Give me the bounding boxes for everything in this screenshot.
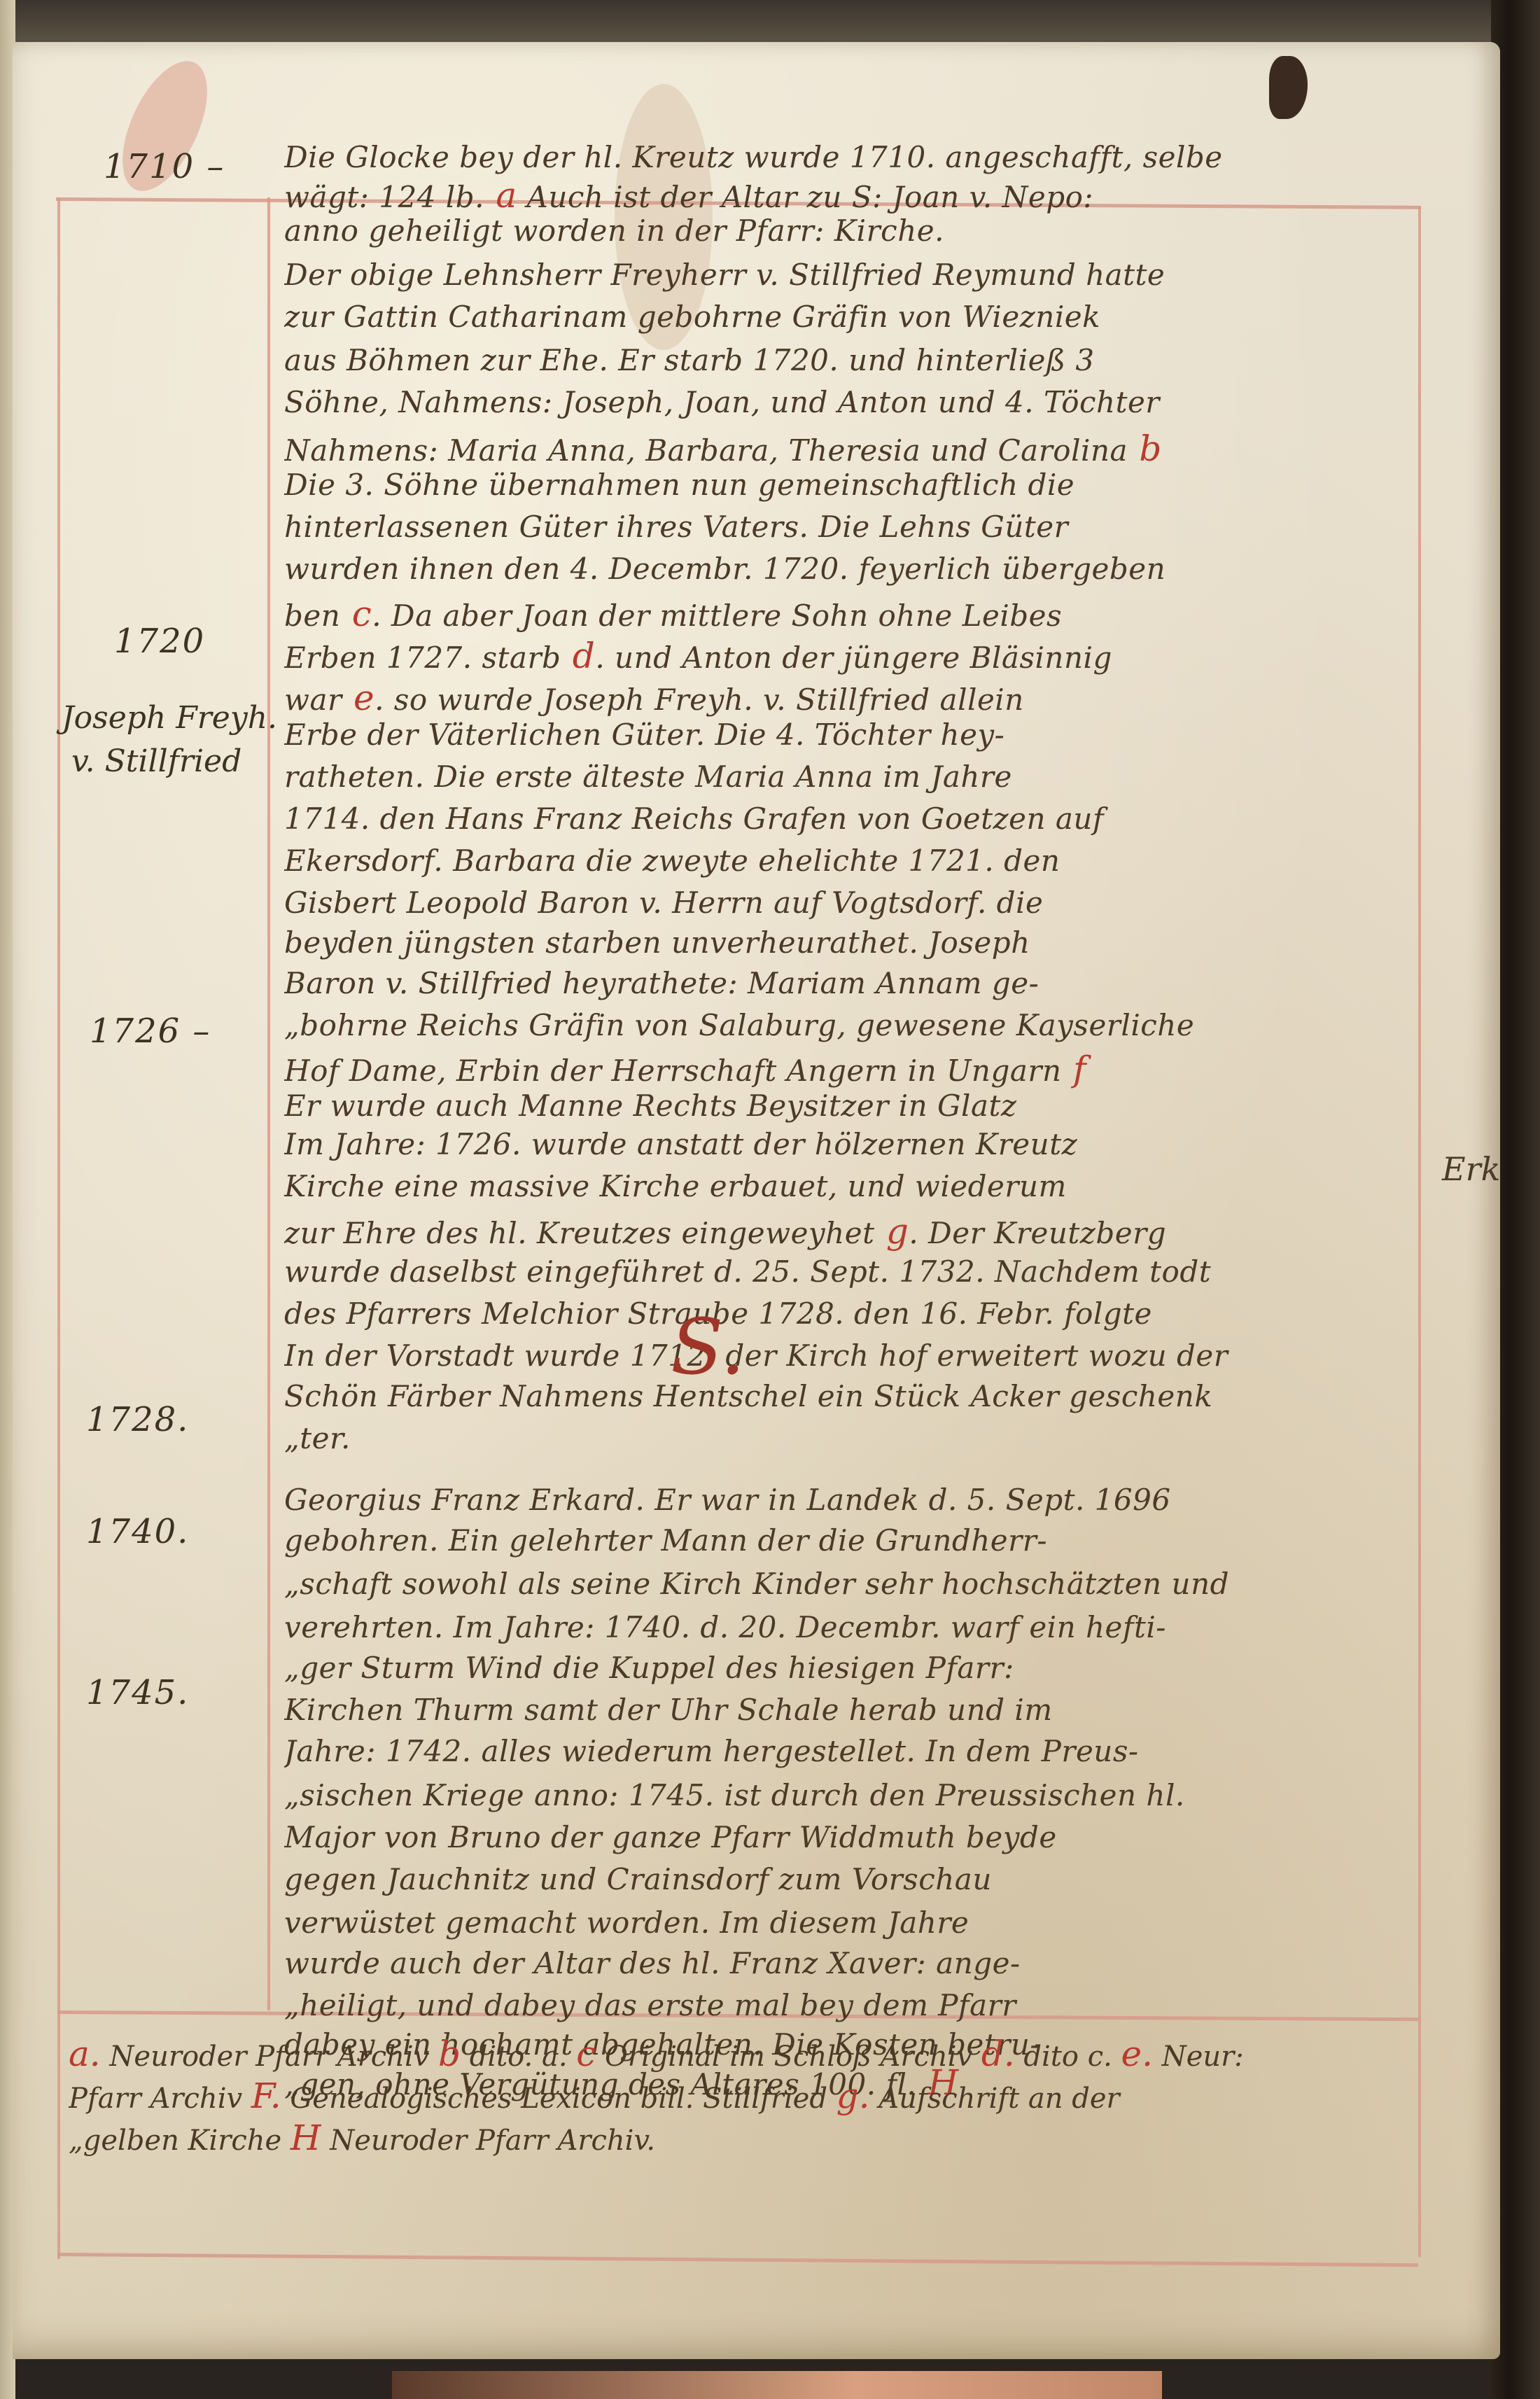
line-text: „schaft sowohl als seine Kirch Kinder se… <box>284 1567 1229 1601</box>
line-text: Schön Färber Nahmens Hentschel ein Stück… <box>284 1379 1212 1413</box>
footnote-text: Neur: <box>1153 2041 1244 2073</box>
text-line: Schön Färber Nahmens Hentschel ein Stück… <box>284 1379 1432 1413</box>
outside-margin-note: Erk <box>1442 1150 1500 1188</box>
text-line: Jahre: 1742. alles wiederum hergestellet… <box>284 1734 1432 1768</box>
footnote-line: „gelben Kirche H Neuroder Pfarr Archiv. <box>69 2118 1434 2158</box>
line-text: Major von Bruno der ganze Pfarr Widdmuth… <box>284 1820 1057 1854</box>
footnote-marker: F. <box>251 2076 281 2116</box>
footnote-text: dito c. <box>1015 2041 1121 2073</box>
line-text: Der obige Lehnsherr Freyherr v. Stillfri… <box>284 258 1165 292</box>
margin-date: 1740. <box>86 1512 189 1551</box>
text-line: wägt: 124 lb. a Auch ist der Altar zu S:… <box>284 175 1432 216</box>
text-line: Erben 1727. starb d. und Anton der jünge… <box>284 636 1432 676</box>
text-line: verwüstet gemacht worden. Im diesem Jahr… <box>284 1905 1432 1940</box>
text-line: Hof Dame, Erbin der Herrschaft Angern in… <box>284 1049 1432 1089</box>
text-line: Die Glocke bey der hl. Kreutz wurde 1710… <box>284 140 1432 174</box>
line-text: Im Jahre: 1726. wurde anstatt der hölzer… <box>284 1127 1077 1161</box>
text-line: 1714. den Hans Franz Reichs Grafen von G… <box>284 802 1432 836</box>
text-line: gebohren. Ein gelehrter Mann der die Gru… <box>284 1523 1432 1558</box>
text-line: ben c. Da aber Joan der mittlere Sohn oh… <box>284 594 1432 634</box>
footnote-text: Genealogisches Lexicon bill. Stillfried <box>281 2083 836 2115</box>
line-text: zur Gattin Catharinam gebohrne Gräfin vo… <box>284 300 1100 334</box>
text-line: Major von Bruno der ganze Pfarr Widdmuth… <box>284 1820 1432 1854</box>
text-line: Ekersdorf. Barbara die zweyte ehelichte … <box>284 844 1432 878</box>
text-line: gegen Jauchnitz und Crainsdorf zum Vorsc… <box>284 1862 1432 1896</box>
footnote-text: Neuroder Pfarr Archiv <box>101 2041 438 2073</box>
line-text: ratheten. Die erste älteste Maria Anna i… <box>284 760 1012 794</box>
text-line: verehrten. Im Jahre: 1740. d. 20. Decemb… <box>284 1610 1432 1644</box>
footnote-marker: f <box>1062 1049 1086 1089</box>
text-line: Kirche eine massive Kirche erbauet, und … <box>284 1169 1432 1203</box>
text-line: war e. so wurde Joseph Freyh. v. Stillfr… <box>284 678 1432 718</box>
margin-date: 1720 <box>114 622 205 661</box>
footnote-text: Aufschrift an der <box>870 2083 1120 2115</box>
text-line: Die 3. Söhne übernahmen nun gemeinschaft… <box>284 468 1432 502</box>
text-line: „ger Sturm Wind die Kuppel des hiesigen … <box>284 1651 1432 1685</box>
footnote-text: dito. a. <box>461 2041 576 2073</box>
text-line: „heiligt, und dabey das erste mal bey de… <box>284 1988 1432 2022</box>
text-line: wurde auch der Altar des hl. Franz Xaver… <box>284 1946 1432 1980</box>
line-text: Er wurde auch Manne Rechts Beysitzer in … <box>284 1089 1017 1123</box>
line-text: wurde daselbst eingeführet d. 25. Sept. … <box>284 1254 1211 1289</box>
line-text: . und Anton der jüngere Bläsinnig <box>595 641 1112 675</box>
footnote-marker: c <box>576 2034 596 2074</box>
text-line: Im Jahre: 1726. wurde anstatt der hölzer… <box>284 1127 1432 1161</box>
footnote-marker: b <box>438 2034 461 2074</box>
line-text: Baron v. Stillfried heyrathete: Mariam A… <box>284 966 1039 1000</box>
line-text: Erbe der Väterlichen Güter. Die 4. Töcht… <box>284 718 1004 752</box>
footnote-text: „gelben Kirche <box>69 2125 290 2157</box>
line-text: Auch ist der Altar zu S: Joan v. Nepo: <box>517 180 1093 214</box>
footnote-marker: d <box>561 636 595 676</box>
margin-date: 1710 – <box>104 147 225 186</box>
line-text: „sischen Kriege anno: 1745. ist durch de… <box>284 1778 1185 1812</box>
margin-date: 1728. <box>86 1400 189 1439</box>
line-text: gegen Jauchnitz und Crainsdorf zum Vorsc… <box>284 1862 992 1896</box>
footnote-text: Pfarr Archiv <box>69 2083 251 2115</box>
text-line: Er wurde auch Manne Rechts Beysitzer in … <box>284 1089 1432 1123</box>
text-line: hinterlassenen Güter ihres Vaters. Die L… <box>284 510 1432 544</box>
line-text: Jahre: 1742. alles wiederum hergestellet… <box>284 1734 1139 1768</box>
text-line: Der obige Lehnsherr Freyherr v. Stillfri… <box>284 258 1432 292</box>
line-text: wurden ihnen den 4. Decembr. 1720. feyer… <box>284 552 1165 586</box>
text-line: zur Ehre des hl. Kreutzes eingeweyhet g.… <box>284 1211 1432 1252</box>
footnote-marker: g. <box>836 2076 870 2116</box>
footnote-marker: b <box>1128 428 1162 469</box>
line-text: gebohren. Ein gelehrter Mann der die Gru… <box>284 1523 1047 1558</box>
text-line: ratheten. Die erste älteste Maria Anna i… <box>284 760 1432 794</box>
line-text: . Der Kreutzberg <box>909 1216 1166 1250</box>
line-text: Kirche eine massive Kirche erbauet, und … <box>284 1169 1067 1203</box>
footnote-text: Neuroder Pfarr Archiv. <box>321 2125 656 2157</box>
text-line: Gisbert Leopold Baron v. Herrn auf Vogts… <box>284 886 1432 920</box>
text-line: beyden jüngsten starben unverheurathet. … <box>284 925 1432 960</box>
footnote-marker: c <box>340 594 372 634</box>
text-line: des Pfarrers Melchior Straube 1728. den … <box>284 1296 1432 1331</box>
manuscript-page: 1710 – 1720 1726 – 1728. 1740. 1745. Jos… <box>13 42 1500 2359</box>
line-text: Gisbert Leopold Baron v. Herrn auf Vogts… <box>284 886 1043 920</box>
line-text: „bohrne Reichs Gräfin von Salaburg, gewe… <box>284 1008 1194 1042</box>
text-line: In der Vorstadt wurde 1712. der Kirch ho… <box>284 1338 1432 1373</box>
line-text: Hof Dame, Erbin der Herrschaft Angern in… <box>284 1054 1062 1088</box>
text-line: Erbe der Väterlichen Güter. Die 4. Töcht… <box>284 718 1432 752</box>
line-text: Nahmens: Maria Anna, Barbara, Theresia u… <box>284 433 1128 468</box>
text-line: Söhne, Nahmens: Joseph, Joan, und Anton … <box>284 385 1432 419</box>
line-text: „heiligt, und dabey das erste mal bey de… <box>284 1988 1016 2022</box>
footnote-marker: d. <box>981 2034 1015 2074</box>
text-line: anno geheiligt worden in der Pfarr: Kirc… <box>284 214 1432 248</box>
footnote-marker: a. <box>69 2034 101 2074</box>
line-text: anno geheiligt worden in der Pfarr: Kirc… <box>284 214 944 248</box>
margin-name-line2: v. Stillfried <box>62 740 277 783</box>
line-text: 1714. den Hans Franz Reichs Grafen von G… <box>284 802 1104 836</box>
rule-bottom <box>57 2253 1418 2267</box>
line-text: aus Böhmen zur Ehe. Er starb 1720. und h… <box>284 343 1095 377</box>
line-text: hinterlassenen Güter ihres Vaters. Die L… <box>284 510 1068 544</box>
line-text: beyden jüngsten starben unverheurathet. … <box>284 925 1030 960</box>
text-line: Nahmens: Maria Anna, Barbara, Theresia u… <box>284 428 1432 469</box>
text-line: zur Gattin Catharinam gebohrne Gräfin vo… <box>284 300 1432 334</box>
section-mark: S. <box>671 1302 745 1392</box>
line-text: Die 3. Söhne übernahmen nun gemeinschaft… <box>284 468 1074 502</box>
margin-date: 1726 – <box>90 1012 211 1051</box>
text-line: „schaft sowohl als seine Kirch Kinder se… <box>284 1567 1432 1601</box>
line-text: Die Glocke bey der hl. Kreutz wurde 1710… <box>284 140 1223 174</box>
line-text: war <box>284 683 342 717</box>
line-text: „ger Sturm Wind die Kuppel des hiesigen … <box>284 1651 1014 1685</box>
margin-name-note: Joseph Freyh. v. Stillfried <box>62 697 277 783</box>
text-line: aus Böhmen zur Ehe. Er starb 1720. und h… <box>284 343 1432 377</box>
footnote-marker: e <box>342 678 374 718</box>
line-text: Kirchen Thurm samt der Uhr Schale herab … <box>284 1693 1053 1727</box>
text-line: „sischen Kriege anno: 1745. ist durch de… <box>284 1778 1432 1812</box>
footnote-marker: a <box>484 175 517 216</box>
text-line: Georgius Franz Erkard. Er war in Landek … <box>284 1483 1432 1517</box>
text-line: wurde daselbst eingeführet d. 25. Sept. … <box>284 1254 1432 1289</box>
text-line: „ter. <box>284 1421 1432 1455</box>
text-line: Kirchen Thurm samt der Uhr Schale herab … <box>284 1693 1432 1727</box>
margin-date: 1745. <box>86 1673 189 1712</box>
footnote-line: a. Neuroder Pfarr Archiv b dito. a. c Or… <box>69 2034 1434 2074</box>
footnote-text: Original im Schloß Archiv <box>596 2041 981 2073</box>
line-text: In der Vorstadt wurde 1712. der Kirch ho… <box>284 1338 1228 1373</box>
line-text: wägt: 124 lb. <box>284 180 484 214</box>
footnote-line: Pfarr Archiv F. Genealogisches Lexicon b… <box>69 2076 1434 2116</box>
line-text: Georgius Franz Erkard. Er war in Landek … <box>284 1483 1171 1517</box>
line-text: . Da aber Joan der mittlere Sohn ohne Le… <box>372 599 1062 633</box>
rule-left <box>57 197 60 2259</box>
ink-blot <box>1269 56 1308 119</box>
line-text: „ter. <box>284 1421 351 1455</box>
footnote-marker: g <box>874 1211 909 1252</box>
footnote-marker: e. <box>1121 2034 1153 2074</box>
line-text: Ekersdorf. Barbara die zweyte ehelichte … <box>284 844 1060 878</box>
line-text: wurde auch der Altar des hl. Franz Xaver… <box>284 1946 1021 1980</box>
text-line: wurden ihnen den 4. Decembr. 1720. feyer… <box>284 552 1432 586</box>
line-text: zur Ehre des hl. Kreutzes eingeweyhet <box>284 1216 874 1250</box>
margin-name-line1: Joseph Freyh. <box>62 697 277 740</box>
text-line: Baron v. Stillfried heyrathete: Mariam A… <box>284 966 1432 1000</box>
line-text: verehrten. Im Jahre: 1740. d. 20. Decemb… <box>284 1610 1166 1644</box>
rule-margin <box>267 197 270 2010</box>
line-text: verwüstet gemacht worden. Im diesem Jahr… <box>284 1905 969 1940</box>
line-text: ben <box>284 599 340 633</box>
line-text: Söhne, Nahmens: Joseph, Joan, und Anton … <box>284 385 1160 419</box>
line-text: Erben 1727. starb <box>284 641 561 675</box>
line-text: . so wurde Joseph Freyh. v. Stillfried a… <box>374 683 1024 717</box>
footnote-marker: H <box>290 2118 321 2158</box>
text-line: „bohrne Reichs Gräfin von Salaburg, gewe… <box>284 1008 1432 1042</box>
bottom-backing <box>392 2371 1162 2399</box>
